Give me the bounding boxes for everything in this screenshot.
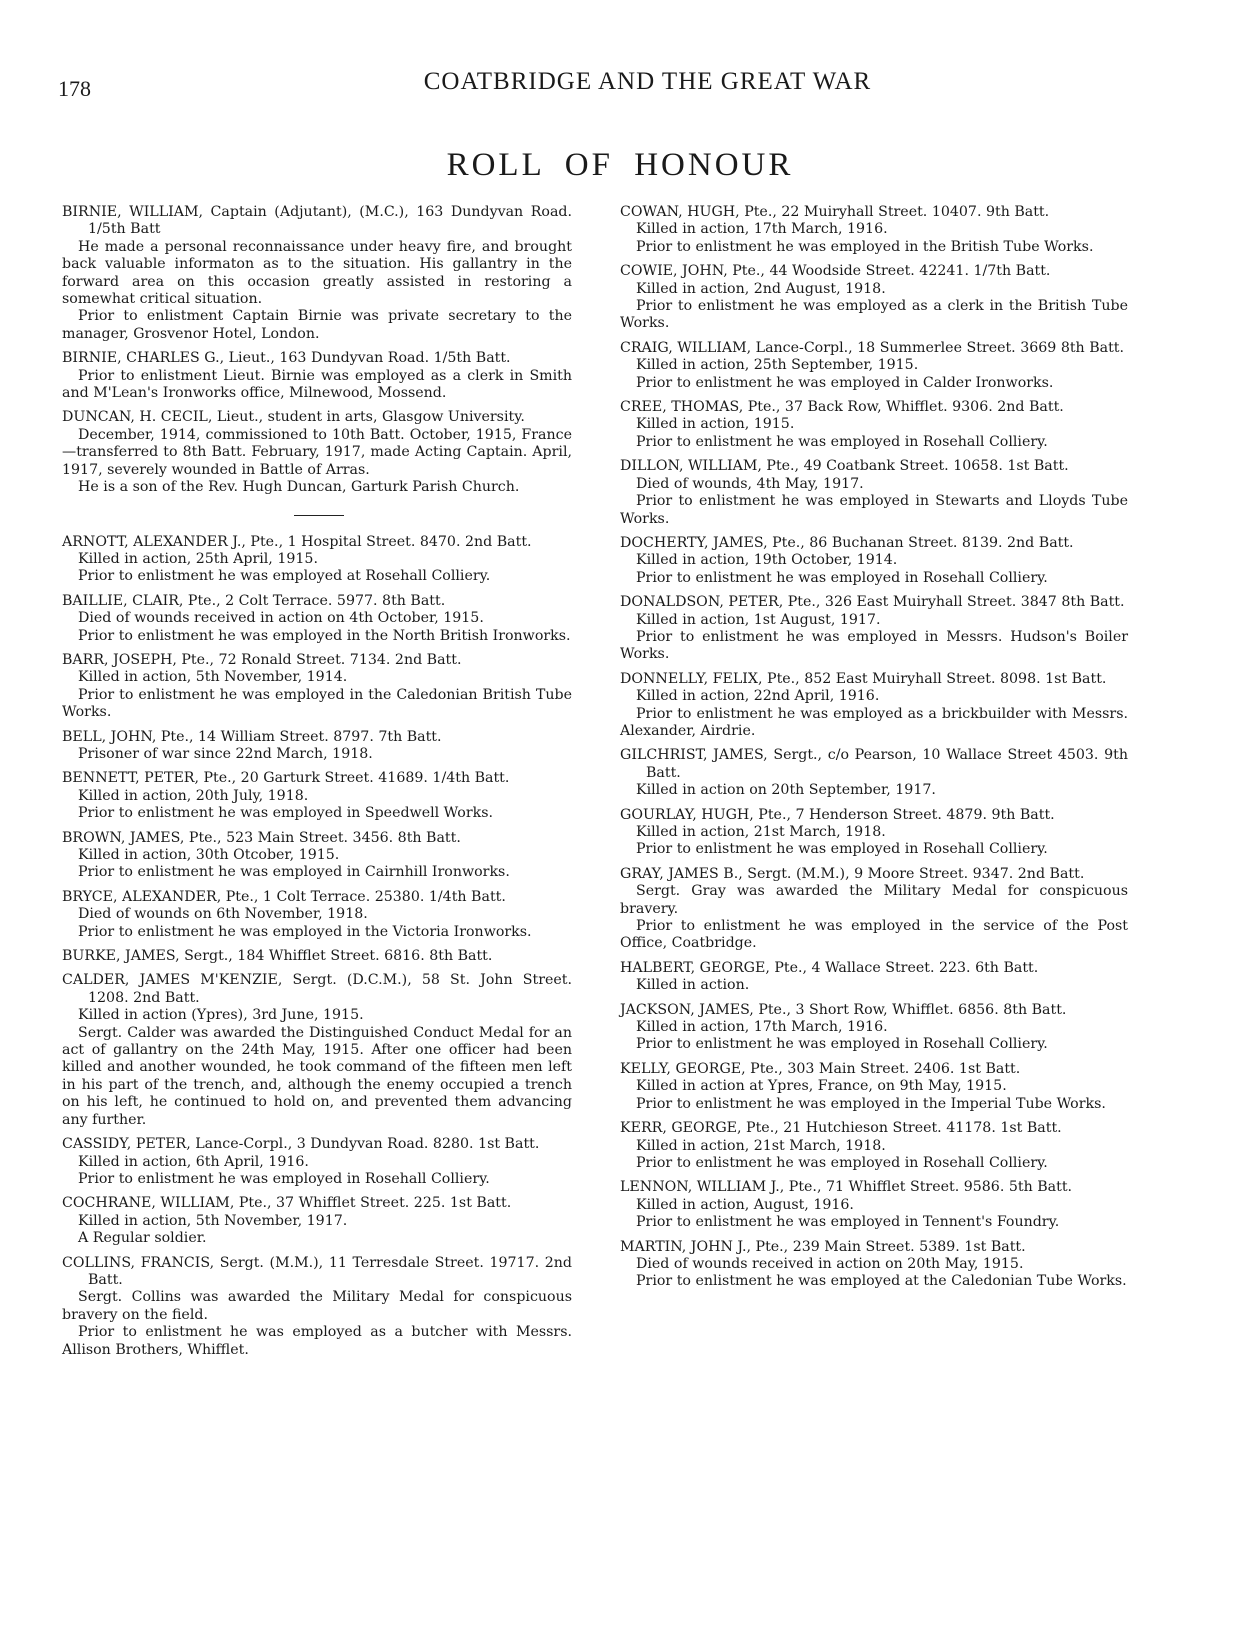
roll-entry: COWAN, HUGH, Pte., 22 Muiryhall Street. … <box>620 204 1128 256</box>
roll-entry: BAILLIE, CLAIR, Pte., 2 Colt Terrace. 59… <box>62 593 572 645</box>
entry-paragraph: Killed in action, 19th October, 1914. <box>620 552 1128 569</box>
entry-paragraph: Prior to enlistment he was employed in t… <box>620 239 1128 256</box>
entry-heading: KELLY, GEORGE, Pte., 303 Main Street. 24… <box>620 1061 1128 1078</box>
right-column: COWAN, HUGH, Pte., 22 Muiryhall Street. … <box>620 204 1128 1298</box>
roll-entry: BURKE, JAMES, Sergt., 184 Whifflet Stree… <box>62 948 572 965</box>
entry-paragraph: Prior to enlistment he was employed in R… <box>620 570 1128 587</box>
entry-paragraph: Killed in action, 6th April, 1916. <box>62 1154 572 1171</box>
entry-paragraph: Prior to enlistment he was employed in S… <box>62 805 572 822</box>
entry-paragraph: Prior to enlistment he was employed in C… <box>620 375 1128 392</box>
entry-heading: BURKE, JAMES, Sergt., 184 Whifflet Stree… <box>62 948 572 965</box>
entry-paragraph: Prior to enlistment he was employed in t… <box>620 1096 1128 1113</box>
entry-heading: BRYCE, ALEXANDER, Pte., 1 Colt Terrace. … <box>62 889 572 906</box>
entry-paragraph: Sergt. Calder was awarded the Distinguis… <box>62 1025 572 1129</box>
roll-entry: BENNETT, PETER, Pte., 20 Garturk Street.… <box>62 770 572 822</box>
roll-entry: DUNCAN, H. CECIL, Lieut., student in art… <box>62 409 572 496</box>
entry-paragraph: Prior to enlistment Lieut. Birnie was em… <box>62 368 572 403</box>
running-head: COATBRIDGE AND THE GREAT WAR <box>0 68 1240 96</box>
entry-paragraph: He is a son of the Rev. Hugh Duncan, Gar… <box>62 479 572 496</box>
entry-heading: GRAY, JAMES B., Sergt. (M.M.), 9 Moore S… <box>620 866 1128 883</box>
entry-paragraph: Prior to enlistment he was employed in R… <box>620 1155 1128 1172</box>
roll-entry: KELLY, GEORGE, Pte., 303 Main Street. 24… <box>620 1061 1128 1113</box>
entry-paragraph: Prior to enlistment Captain Birnie was p… <box>62 308 572 343</box>
entry-heading: GILCHRIST, JAMES, Sergt., c/o Pearson, 1… <box>620 747 1128 782</box>
entry-paragraph: Killed in action, August, 1916. <box>620 1197 1128 1214</box>
entry-heading: CALDER, JAMES M'KENZIE, Sergt. (D.C.M.),… <box>62 972 572 1007</box>
entry-paragraph: December, 1914, commissioned to 10th Bat… <box>62 427 572 479</box>
entry-heading: BARR, JOSEPH, Pte., 72 Ronald Street. 71… <box>62 652 572 669</box>
men-section: COWAN, HUGH, Pte., 22 Muiryhall Street. … <box>620 204 1128 1291</box>
officers-section: BIRNIE, WILLIAM, Captain (Adjutant), (M.… <box>62 204 572 497</box>
men-section: ARNOTT, ALEXANDER J., Pte., 1 Hospital S… <box>62 534 572 1359</box>
entry-heading: BIRNIE, WILLIAM, Captain (Adjutant), (M.… <box>62 204 572 239</box>
entry-paragraph: Sergt. Collins was awarded the Military … <box>62 1289 572 1324</box>
entry-paragraph: Killed in action, 1915. <box>620 416 1128 433</box>
roll-entry: KERR, GEORGE, Pte., 21 Hutchieson Street… <box>620 1120 1128 1172</box>
roll-entry: GRAY, JAMES B., Sergt. (M.M.), 9 Moore S… <box>620 866 1128 953</box>
entry-heading: DONALDSON, PETER, Pte., 326 East Muiryha… <box>620 594 1128 611</box>
entry-paragraph: Prior to enlistment he was employed in C… <box>62 864 572 881</box>
entry-heading: DUNCAN, H. CECIL, Lieut., student in art… <box>62 409 572 426</box>
roll-entry: CREE, THOMAS, Pte., 37 Back Row, Whiffle… <box>620 399 1128 451</box>
roll-entry: GOURLAY, HUGH, Pte., 7 Henderson Street.… <box>620 807 1128 859</box>
entry-paragraph: Prior to enlistment he was employed at t… <box>620 1273 1128 1290</box>
roll-entry: JACKSON, JAMES, Pte., 3 Short Row, Whiff… <box>620 1002 1128 1054</box>
roll-entry: MARTIN, JOHN J., Pte., 239 Main Street. … <box>620 1239 1128 1291</box>
roll-entry: BROWN, JAMES, Pte., 523 Main Street. 345… <box>62 830 572 882</box>
roll-entry: BARR, JOSEPH, Pte., 72 Ronald Street. 71… <box>62 652 572 722</box>
entry-paragraph: Killed in action (Ypres), 3rd June, 1915… <box>62 1007 572 1024</box>
entry-paragraph: Prior to enlistment he was employed in T… <box>620 1214 1128 1231</box>
entry-paragraph: Prior to enlistment he was employed as a… <box>62 1324 572 1359</box>
entry-heading: CASSIDY, PETER, Lance-Corpl., 3 Dundyvan… <box>62 1136 572 1153</box>
entry-heading: COLLINS, FRANCIS, Sergt. (M.M.), 11 Terr… <box>62 1255 572 1290</box>
section-divider <box>294 515 344 516</box>
entry-heading: BAILLIE, CLAIR, Pte., 2 Colt Terrace. 59… <box>62 593 572 610</box>
entry-heading: BENNETT, PETER, Pte., 20 Garturk Street.… <box>62 770 572 787</box>
entry-paragraph: Killed in action, 25th April, 1915. <box>62 551 572 568</box>
roll-entry: LENNON, WILLIAM J., Pte., 71 Whifflet St… <box>620 1179 1128 1231</box>
entry-heading: COWAN, HUGH, Pte., 22 Muiryhall Street. … <box>620 204 1128 221</box>
entry-paragraph: Sergt. Gray was awarded the Military Med… <box>620 883 1128 918</box>
entry-paragraph: A Regular soldier. <box>62 1230 572 1247</box>
left-column: BIRNIE, WILLIAM, Captain (Adjutant), (M.… <box>62 204 572 1366</box>
entry-heading: ARNOTT, ALEXANDER J., Pte., 1 Hospital S… <box>62 534 572 551</box>
entry-paragraph: Killed in action, 2nd August, 1918. <box>620 281 1128 298</box>
entry-paragraph: Prisoner of war since 22nd March, 1918. <box>62 746 572 763</box>
entry-paragraph: Killed in action on 20th September, 1917… <box>620 782 1128 799</box>
roll-entry: ARNOTT, ALEXANDER J., Pte., 1 Hospital S… <box>62 534 572 586</box>
entry-paragraph: Prior to enlistment he was employed as a… <box>620 298 1128 333</box>
entry-paragraph: Prior to enlistment he was employed as a… <box>620 706 1128 741</box>
entry-paragraph: Killed in action, 5th November, 1914. <box>62 669 572 686</box>
roll-entry: DONALDSON, PETER, Pte., 326 East Muiryha… <box>620 594 1128 664</box>
entry-paragraph: Prior to enlistment he was employed in R… <box>620 434 1128 451</box>
entry-heading: COCHRANE, WILLIAM, Pte., 37 Whifflet Str… <box>62 1195 572 1212</box>
entry-heading: BROWN, JAMES, Pte., 523 Main Street. 345… <box>62 830 572 847</box>
roll-entry: COWIE, JOHN, Pte., 44 Woodside Street. 4… <box>620 263 1128 333</box>
entry-paragraph: Killed in action, 1st August, 1917. <box>620 612 1128 629</box>
entry-paragraph: Prior to enlistment he was employed in t… <box>620 918 1128 953</box>
entry-paragraph: Prior to enlistment he was employed in R… <box>62 1171 572 1188</box>
roll-entry: DOCHERTY, JAMES, Pte., 86 Buchanan Stree… <box>620 535 1128 587</box>
entry-heading: DOCHERTY, JAMES, Pte., 86 Buchanan Stree… <box>620 535 1128 552</box>
entry-heading: BELL, JOHN, Pte., 14 William Street. 879… <box>62 729 572 746</box>
roll-entry: CRAIG, WILLIAM, Lance-Corpl., 18 Summerl… <box>620 340 1128 392</box>
entry-heading: GOURLAY, HUGH, Pte., 7 Henderson Street.… <box>620 807 1128 824</box>
entry-paragraph: Killed in action, 21st March, 1918. <box>620 824 1128 841</box>
roll-entry: DONNELLY, FELIX, Pte., 852 East Muiryhal… <box>620 671 1128 741</box>
roll-entry: BRYCE, ALEXANDER, Pte., 1 Colt Terrace. … <box>62 889 572 941</box>
entry-paragraph: Killed in action, 30th Otcober, 1915. <box>62 847 572 864</box>
entry-paragraph: Died of wounds received in action on 20t… <box>620 1256 1128 1273</box>
entry-paragraph: Killed in action, 25th September, 1915. <box>620 357 1128 374</box>
roll-entry: COCHRANE, WILLIAM, Pte., 37 Whifflet Str… <box>62 1195 572 1247</box>
entry-paragraph: Killed in action, 17th March, 1916. <box>620 221 1128 238</box>
entry-paragraph: Died of wounds on 6th November, 1918. <box>62 906 572 923</box>
entry-paragraph: Prior to enlistment he was employed in t… <box>62 628 572 645</box>
page-title: ROLL OF HONOUR <box>0 147 1240 184</box>
entry-heading: JACKSON, JAMES, Pte., 3 Short Row, Whiff… <box>620 1002 1128 1019</box>
entry-heading: KERR, GEORGE, Pte., 21 Hutchieson Street… <box>620 1120 1128 1137</box>
entry-heading: HALBERT, GEORGE, Pte., 4 Wallace Street.… <box>620 960 1128 977</box>
entry-paragraph: Died of wounds, 4th May, 1917. <box>620 476 1128 493</box>
entry-heading: MARTIN, JOHN J., Pte., 239 Main Street. … <box>620 1239 1128 1256</box>
roll-entry: COLLINS, FRANCIS, Sergt. (M.M.), 11 Terr… <box>62 1255 572 1359</box>
roll-entry: DILLON, WILLIAM, Pte., 49 Coatbank Stree… <box>620 458 1128 528</box>
entry-heading: COWIE, JOHN, Pte., 44 Woodside Street. 4… <box>620 263 1128 280</box>
entry-paragraph: Died of wounds received in action on 4th… <box>62 610 572 627</box>
entry-paragraph: Killed in action, 5th November, 1917. <box>62 1213 572 1230</box>
entry-paragraph: Prior to enlistment he was employed in M… <box>620 629 1128 664</box>
entry-heading: CRAIG, WILLIAM, Lance-Corpl., 18 Summerl… <box>620 340 1128 357</box>
entry-paragraph: Prior to enlistment he was employed in t… <box>62 924 572 941</box>
entry-heading: CREE, THOMAS, Pte., 37 Back Row, Whiffle… <box>620 399 1128 416</box>
entry-paragraph: Prior to enlistment he was employed in t… <box>62 687 572 722</box>
entry-paragraph: Prior to enlistment he was employed in R… <box>620 1036 1128 1053</box>
entry-paragraph: Killed in action, 22nd April, 1916. <box>620 688 1128 705</box>
entry-paragraph: Killed in action at Ypres, France, on 9t… <box>620 1078 1128 1095</box>
roll-entry: HALBERT, GEORGE, Pte., 4 Wallace Street.… <box>620 960 1128 995</box>
roll-entry: CASSIDY, PETER, Lance-Corpl., 3 Dundyvan… <box>62 1136 572 1188</box>
entry-paragraph: Prior to enlistment he was employed in R… <box>620 841 1128 858</box>
entry-paragraph: He made a personal reconnaissance under … <box>62 239 572 309</box>
entry-heading: DONNELLY, FELIX, Pte., 852 East Muiryhal… <box>620 671 1128 688</box>
entry-heading: BIRNIE, CHARLES G., Lieut., 163 Dundyvan… <box>62 350 572 367</box>
roll-entry: BIRNIE, WILLIAM, Captain (Adjutant), (M.… <box>62 204 572 343</box>
entry-paragraph: Killed in action. <box>620 977 1128 994</box>
entry-paragraph: Killed in action, 17th March, 1916. <box>620 1019 1128 1036</box>
entry-heading: DILLON, WILLIAM, Pte., 49 Coatbank Stree… <box>620 458 1128 475</box>
entry-paragraph: Killed in action, 21st March, 1918. <box>620 1138 1128 1155</box>
entry-paragraph: Prior to enlistment he was employed in S… <box>620 493 1128 528</box>
entry-paragraph: Killed in action, 20th July, 1918. <box>62 788 572 805</box>
entry-paragraph: Prior to enlistment he was employed at R… <box>62 568 572 585</box>
entry-heading: LENNON, WILLIAM J., Pte., 71 Whifflet St… <box>620 1179 1128 1196</box>
roll-entry: BIRNIE, CHARLES G., Lieut., 163 Dundyvan… <box>62 350 572 402</box>
roll-entry: BELL, JOHN, Pte., 14 William Street. 879… <box>62 729 572 764</box>
roll-entry: CALDER, JAMES M'KENZIE, Sergt. (D.C.M.),… <box>62 972 572 1129</box>
roll-entry: GILCHRIST, JAMES, Sergt., c/o Pearson, 1… <box>620 747 1128 799</box>
